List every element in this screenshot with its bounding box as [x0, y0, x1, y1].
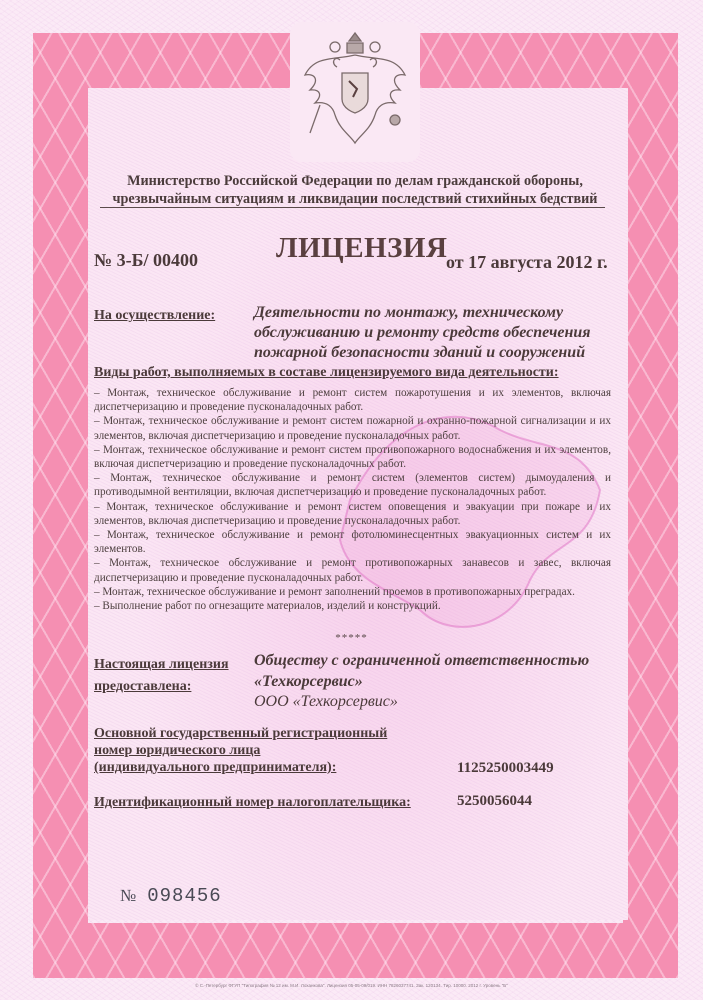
list-item: – Монтаж, техническое обслуживание и рем… [94, 386, 611, 414]
blank-serial-number: №098456 [120, 885, 222, 907]
list-item: – Монтаж, техническое обслуживание и рем… [94, 443, 611, 471]
issuing-authority: Министерство Российской Федерации по дел… [95, 172, 615, 208]
number-sign: № [120, 886, 137, 905]
implementation-label: На осуществление: [94, 308, 215, 324]
granted-label-line-2: предоставлена: [94, 676, 229, 698]
ogrn-label-line-3: (индивидуального предпринимателя): [94, 759, 387, 776]
license-sheet: Министерство Российской Федерации по дел… [0, 0, 703, 1000]
russian-coat-of-arms-icon [295, 25, 415, 155]
granted-label-line-1: Настоящая лицензия [94, 654, 229, 676]
work-types-list: – Монтаж, техническое обслуживание и рем… [94, 386, 611, 613]
licensee-full-name: Обществу с ограниченной ответственностью… [254, 650, 589, 692]
work-types-heading: Виды работ, выполняемых в составе лиценз… [94, 365, 559, 381]
list-item: – Монтаж, техническое обслуживание и рем… [94, 528, 611, 556]
licensed-activity: Деятельности по монтажу, техническому об… [254, 303, 624, 363]
list-item: – Монтаж, техническое обслуживание и рем… [94, 414, 611, 442]
ogrn-label: Основной государственный регистрационный… [94, 725, 387, 776]
ogrn-label-line-2: номер юридического лица [94, 742, 387, 759]
licensee-line-1: Обществу с ограниченной ответственностью [254, 650, 589, 671]
ogrn-label-line-1: Основной государственный регистрационный [94, 725, 387, 742]
issuer-line-2: чрезвычайным ситуациям и ликвидации посл… [95, 190, 615, 208]
inn-label: Идентификационный номер налогоплательщик… [94, 795, 411, 811]
license-number: № 3-Б/ 00400 [94, 250, 198, 271]
document-title: ЛИЦЕНЗИЯ [276, 232, 447, 265]
issuer-line-1: Министерство Российской Федерации по дел… [95, 172, 615, 190]
blank-number: 098456 [147, 885, 221, 907]
list-item: – Монтаж, техническое обслуживание и рем… [94, 500, 611, 528]
ogrn-value: 1125250003449 [457, 760, 554, 777]
issuer-underline [100, 207, 605, 208]
list-item: – Выполнение работ по огнезащите материа… [94, 599, 611, 613]
licensee-line-2: «Техкорсервис» [254, 671, 589, 692]
licensee-short-name: ООО «Техкорсервис» [254, 693, 398, 711]
list-item: – Монтаж, техническое обслуживание и рем… [94, 556, 611, 584]
granted-to-label: Настоящая лицензия предоставлена: [94, 654, 229, 698]
list-item: – Монтаж, техническое обслуживание и рем… [94, 585, 611, 599]
inn-value: 5250056044 [457, 793, 532, 810]
section-separator: ***** [0, 632, 703, 644]
printer-footer: © С.-Петербург ФГУП "Типография № 12 им.… [0, 983, 703, 988]
license-date: от 17 августа 2012 г. [446, 252, 608, 273]
list-item: – Монтаж, техническое обслуживание и рем… [94, 471, 611, 499]
